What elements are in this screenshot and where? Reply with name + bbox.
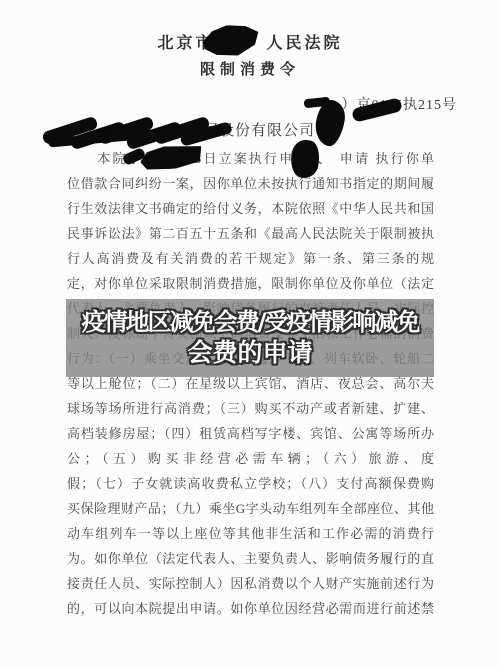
redaction-mark-court [202,23,260,59]
body-line: 行人高消费及有关消费的若干规定》第一条、第三条的规 [67,246,434,271]
body-line: 假；（七）子女就读高收费私立学校；（八）支付高额保费购 [67,471,434,496]
body-line: 民事诉讼法》第二百五十五条和《最高人民法院关于限制被执 [67,221,434,246]
body-line: 公；（五）购买非经营必需车辆；（六）旅游、度 [67,446,434,471]
body-line: 的，可以向本院提出申请。如你单位因经营必需而进行前述禁 [67,596,434,621]
body-line: 买保险理财产品；（九）乘坐G字头动车组列车全部座位、其他 [67,496,434,521]
body-line: 动车组列车一等以上座位等其他非生活和工作必需的消费行 [67,521,434,546]
headline-line-1: 疫情地区减免会费/受疫情影响减免 [82,307,419,337]
body-line: 定，对你单位采取限制消费措施，限制你单位及你单位（法定 [67,271,434,296]
order-body: 本院于20 03日立案执行申请人 申请 执行你单 位借款合同纠纷一案，因你单位未… [67,146,434,621]
body-line: 位借款合同纠纷一案，因你单位未按执行通知书指定的期间履 [67,171,434,196]
body-line: 行生效法律文书确定的给付义务，本院依照《中华人民共和国 [67,196,434,221]
document-page: 北京市人民法院 限制消费令 （ ）京0115执215号 展股份有限公司 本院于2… [0,0,500,666]
body-line: 为。如你单位（法定代表人、主要负责人、影响债务履行的直 [67,546,434,571]
body-line: 接责任人员、实际控制人）因私消费以个人财产实施前述行为 [67,571,434,596]
document-title: 限制消费令 [0,58,500,79]
headline-line-2: 会费的申请 [187,337,312,369]
court-name-right: 人民法院 [267,35,343,52]
body-line: 球场等场所进行高消费；（三）购买不动产或者新建、扩建、 [67,396,434,421]
headline-overlay-band: 疫情地区减免会费/受疫情影响减免 会费的申请 [66,299,434,377]
body-line: 高档装修房屋；（四）租赁高档写字楼、宾馆、公寓等场所办 [67,421,434,446]
